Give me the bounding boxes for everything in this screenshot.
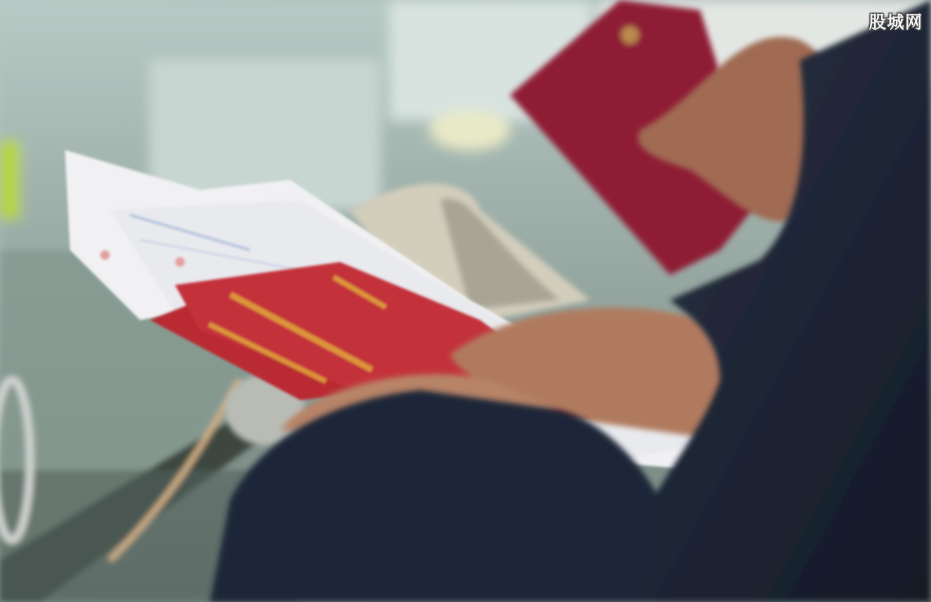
photo-illustration — [0, 0, 931, 602]
watermark: 股城网 — [869, 8, 923, 33]
photo-scene: 股城网 — [0, 0, 931, 602]
